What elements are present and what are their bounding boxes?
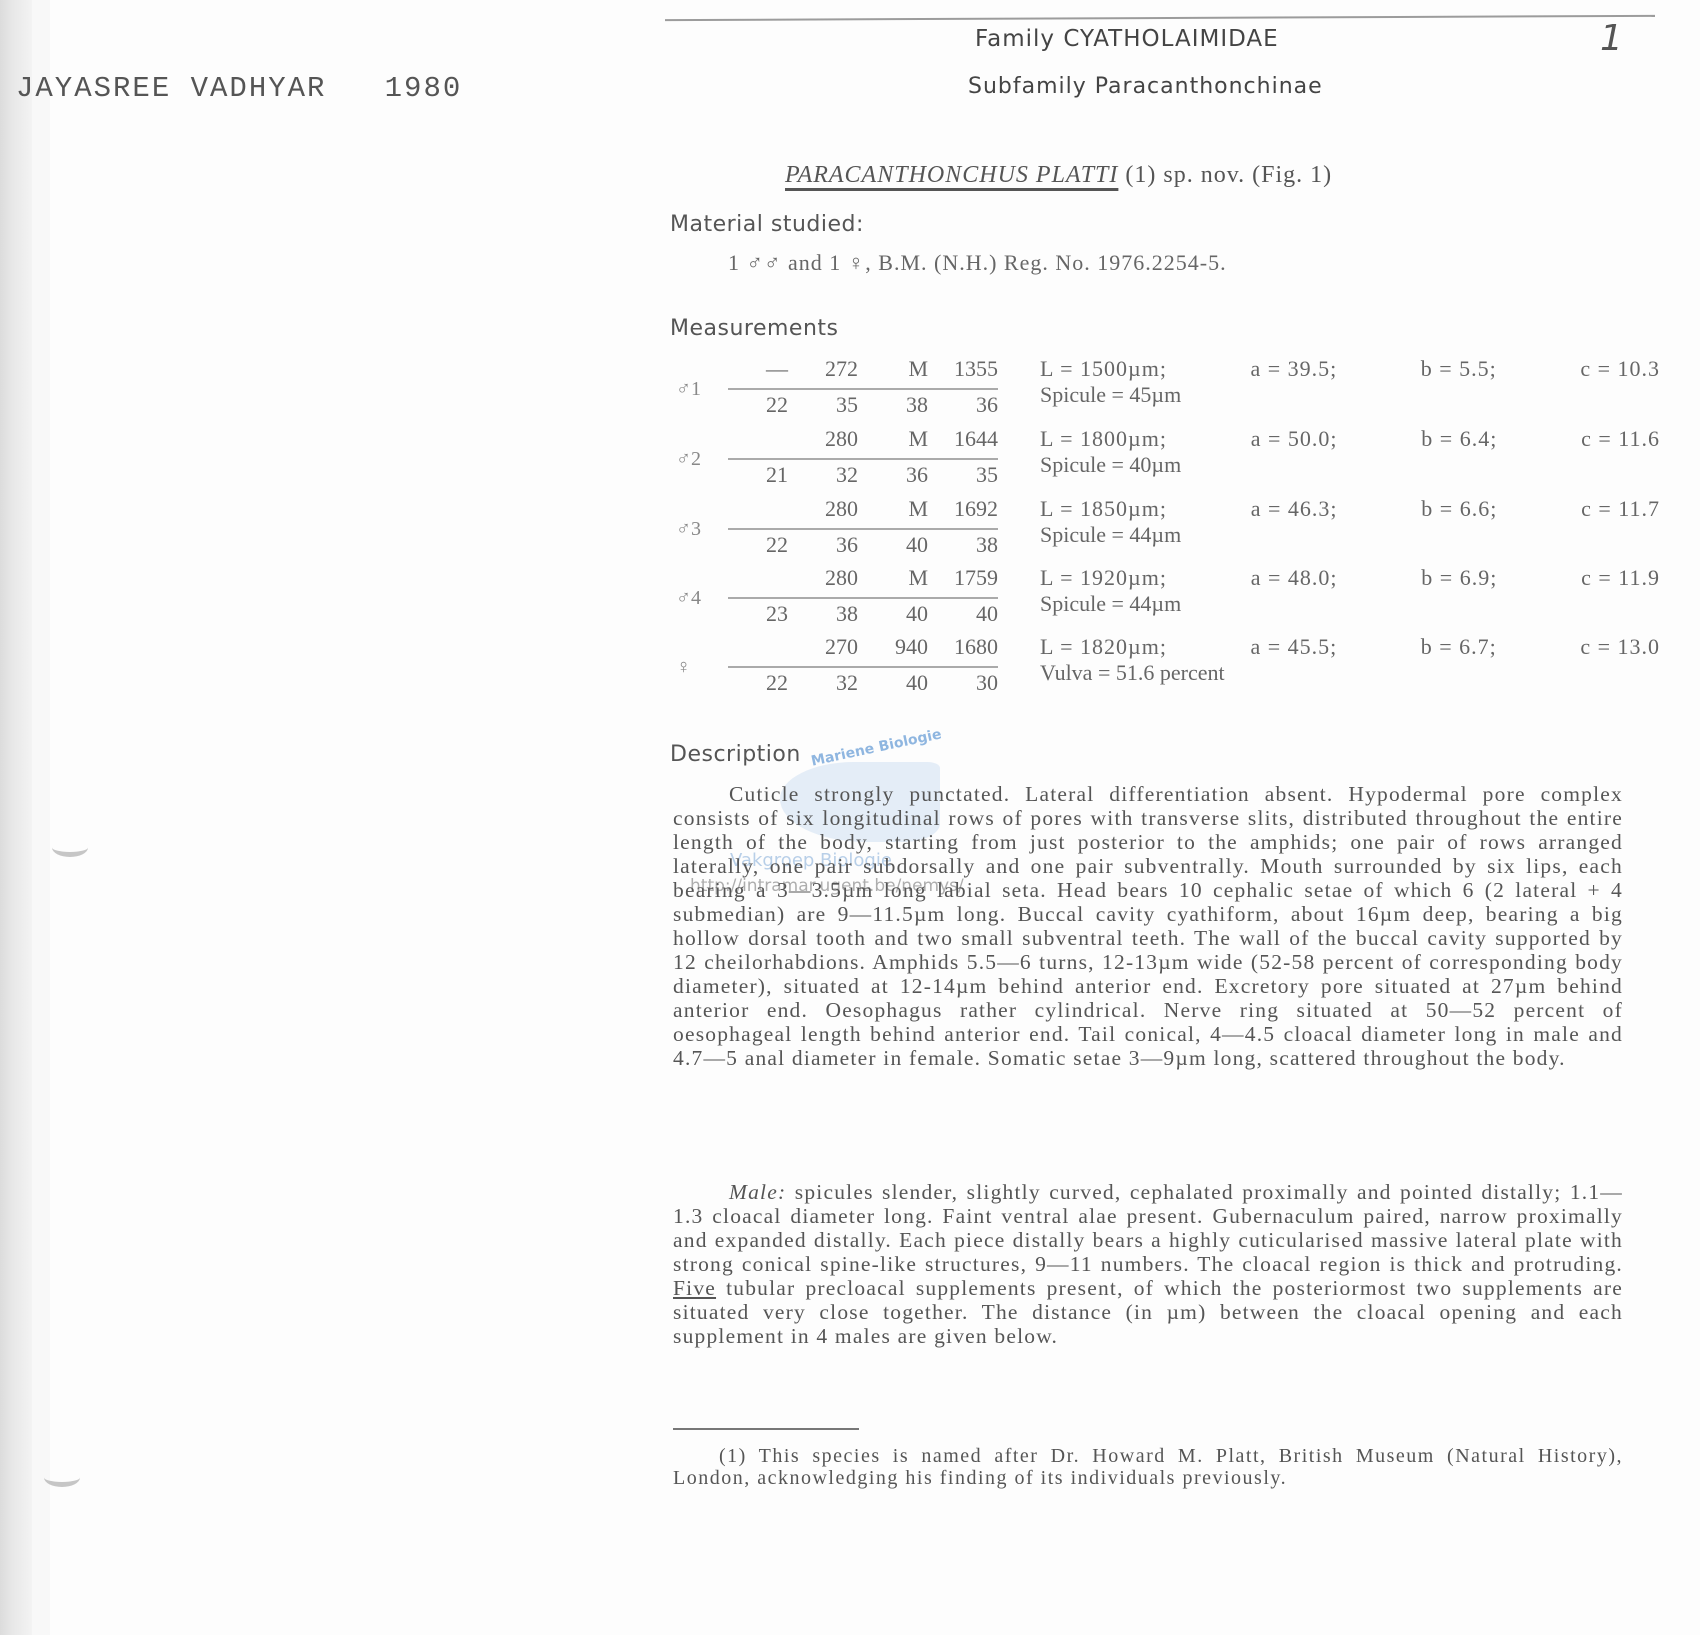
ratio-value: c = 13.0 <box>1580 634 1660 660</box>
ratio-value: a = 48.0; <box>1251 565 1338 591</box>
spicule-or-vulva: Spicule = 45µm <box>1040 382 1660 408</box>
formula-cell: 280 <box>798 496 858 522</box>
formula-cell: 38 <box>938 532 998 558</box>
ratios-block: L = 1500µm;a = 39.5;b = 5.5;c = 10.3Spic… <box>1040 356 1660 408</box>
formula-cell: 272 <box>798 356 858 382</box>
ratio-value: L = 1920µm; <box>1040 565 1167 591</box>
formula-cell: 35 <box>938 462 998 488</box>
de-man-formula: 280M1644 21323635 <box>728 426 998 492</box>
formula-denominator: 23384040 <box>728 601 998 631</box>
species-title: PARACANTHONCHUS PLATTI (1) sp. nov. (Fig… <box>785 162 1332 189</box>
formula-cell: 32 <box>798 462 858 488</box>
formula-cell: 32 <box>798 670 858 696</box>
measurement-row: ♂1 —272M1355 22353836 L = 1500µm;a = 39.… <box>670 356 1670 422</box>
male-text-a: spicules slender, slightly curved, cepha… <box>673 1180 1623 1276</box>
ratios-block: L = 1850µm;a = 46.3;b = 6.6;c = 11.7Spic… <box>1040 496 1660 548</box>
measurement-row: ♂3 280M1692 22364038 L = 1850µm;a = 46.3… <box>670 496 1670 562</box>
formula-bar <box>728 597 998 599</box>
species-name: PARACANTHONCHUS PLATTI <box>785 162 1118 188</box>
formula-numerator: 280M1759 <box>728 565 998 595</box>
ratios-line: L = 1850µm;a = 46.3;b = 6.6;c = 11.7 <box>1040 496 1660 522</box>
formula-denominator: 22324030 <box>728 670 998 700</box>
formula-cell: 40 <box>868 532 928 558</box>
formula-cell: 30 <box>938 670 998 696</box>
formula-numerator: 280M1644 <box>728 426 998 456</box>
specimen-symbol: ♀ <box>676 656 691 679</box>
footnote: (1) This species is named after Dr. Howa… <box>673 1445 1623 1489</box>
formula-numerator: 280M1692 <box>728 496 998 526</box>
description-heading: Description <box>670 742 801 767</box>
formula-cell: 38 <box>868 392 928 418</box>
formula-bar <box>728 388 998 390</box>
formula-cell: 22 <box>728 392 788 418</box>
formula-numerator: 2709401680 <box>728 634 998 664</box>
de-man-formula: 2709401680 22324030 <box>728 634 998 700</box>
formula-cell: 35 <box>798 392 858 418</box>
formula-cell: 280 <box>798 426 858 452</box>
formula-denominator: 21323635 <box>728 462 998 492</box>
material-heading: Material studied: <box>670 212 864 237</box>
formula-cell: M <box>868 356 928 382</box>
ratio-value: a = 39.5; <box>1250 356 1337 382</box>
formula-cell: 21 <box>728 462 788 488</box>
footnote-text: (1) This species is named after Dr. Howa… <box>673 1445 1623 1489</box>
formula-cell: 22 <box>728 670 788 696</box>
spicule-or-vulva: Spicule = 44µm <box>1040 522 1660 548</box>
formula-denominator: 22353836 <box>728 392 998 422</box>
formula-cell: 1644 <box>938 426 998 452</box>
formula-denominator: 22364038 <box>728 532 998 562</box>
ratio-value: b = 6.6; <box>1421 496 1497 522</box>
description-text: Cuticle strongly punctated. Lateral diff… <box>673 782 1623 1070</box>
formula-cell: M <box>868 426 928 452</box>
footnote-rule <box>673 1428 859 1430</box>
family-heading: Family CYATHOLAIMIDAE <box>975 26 1279 52</box>
ratio-value: b = 6.7; <box>1421 634 1497 660</box>
formula-cell: 40 <box>868 601 928 627</box>
description-paragraph: Cuticle strongly punctated. Lateral diff… <box>673 782 1623 1070</box>
de-man-formula: 280M1759 23384040 <box>728 565 998 631</box>
formula-cell: M <box>868 496 928 522</box>
spicule-or-vulva: Vulva = 51.6 percent <box>1040 660 1660 686</box>
formula-numerator: —272M1355 <box>728 356 998 386</box>
watermark-top-text: Mariene Biologie <box>810 726 943 769</box>
ratios-block: L = 1800µm;a = 50.0;b = 6.4;c = 11.6Spic… <box>1040 426 1660 478</box>
de-man-formula: —272M1355 22353836 <box>728 356 998 422</box>
formula-cell: 40 <box>938 601 998 627</box>
male-paragraph: Male: spicules slender, slightly curved,… <box>673 1180 1623 1348</box>
ratio-value: a = 50.0; <box>1251 426 1338 452</box>
formula-cell: M <box>868 565 928 591</box>
measurements-heading: Measurements <box>670 316 839 341</box>
formula-bar <box>728 528 998 530</box>
ratio-value: b = 6.9; <box>1421 565 1497 591</box>
specimen-symbol: ♂2 <box>676 448 701 471</box>
ratios-line: L = 1920µm;a = 48.0;b = 6.9;c = 11.9 <box>1040 565 1660 591</box>
de-man-formula: 280M1692 22364038 <box>728 496 998 562</box>
top-rule <box>665 15 1655 21</box>
formula-cell: 36 <box>798 532 858 558</box>
formula-cell: 1680 <box>938 634 998 660</box>
typed-author-year: JAYASREE VADHYAR 1980 <box>16 72 462 105</box>
ratio-value: b = 6.4; <box>1421 426 1497 452</box>
ratios-block: L = 1920µm;a = 48.0;b = 6.9;c = 11.9Spic… <box>1040 565 1660 617</box>
subfamily-heading: Subfamily Paracanthonchinae <box>968 74 1323 99</box>
page-marker: 1 <box>1600 18 1623 59</box>
ratio-value: c = 11.6 <box>1581 426 1660 452</box>
formula-cell: 1692 <box>938 496 998 522</box>
ratio-value: a = 46.3; <box>1251 496 1338 522</box>
ratios-line: L = 1800µm;a = 50.0;b = 6.4;c = 11.6 <box>1040 426 1660 452</box>
ratio-value: c = 11.7 <box>1581 496 1660 522</box>
male-text-b: tubular precloacal supplements present, … <box>673 1276 1623 1348</box>
ratios-block: L = 1820µm;a = 45.5;b = 6.7;c = 13.0Vulv… <box>1040 634 1660 686</box>
male-label: Male: <box>729 1180 786 1204</box>
ratio-value: b = 5.5; <box>1421 356 1497 382</box>
spicule-or-vulva: Spicule = 44µm <box>1040 591 1660 617</box>
formula-bar <box>728 666 998 668</box>
formula-cell: 36 <box>938 392 998 418</box>
material-text: 1 ♂♂ and 1 ♀, B.M. (N.H.) Reg. No. 1976.… <box>728 250 1227 276</box>
ratio-value: L = 1850µm; <box>1040 496 1167 522</box>
formula-cell: 1355 <box>938 356 998 382</box>
ratio-value: c = 11.9 <box>1581 565 1660 591</box>
measurement-row: ♂4 280M1759 23384040 L = 1920µm;a = 48.0… <box>670 565 1670 631</box>
ratio-value: L = 1800µm; <box>1040 426 1167 452</box>
ratio-value: a = 45.5; <box>1250 634 1337 660</box>
formula-cell: 1759 <box>938 565 998 591</box>
formula-cell: 23 <box>728 601 788 627</box>
binder-hole-bottom <box>44 1468 80 1487</box>
measurement-row: ♀ 2709401680 22324030 L = 1820µm;a = 45.… <box>670 634 1670 700</box>
binder-hole-top <box>52 838 88 857</box>
formula-cell: 22 <box>728 532 788 558</box>
specimen-symbol: ♂3 <box>676 518 701 541</box>
formula-cell: 280 <box>798 565 858 591</box>
formula-cell: 36 <box>868 462 928 488</box>
formula-cell: 270 <box>798 634 858 660</box>
male-text-emph: Five <box>673 1276 716 1300</box>
ratio-value: L = 1500µm; <box>1040 356 1167 382</box>
ratios-line: L = 1500µm;a = 39.5;b = 5.5;c = 10.3 <box>1040 356 1660 382</box>
formula-cell: 38 <box>798 601 858 627</box>
measurement-row: ♂2 280M1644 21323635 L = 1800µm;a = 50.0… <box>670 426 1670 492</box>
ratios-line: L = 1820µm;a = 45.5;b = 6.7;c = 13.0 <box>1040 634 1660 660</box>
formula-cell: 940 <box>868 634 928 660</box>
formula-cell: — <box>728 356 788 382</box>
ratio-value: L = 1820µm; <box>1040 634 1167 660</box>
spicule-or-vulva: Spicule = 40µm <box>1040 452 1660 478</box>
formula-cell: 40 <box>868 670 928 696</box>
ratio-value: c = 10.3 <box>1580 356 1660 382</box>
binder-margin-light <box>32 0 50 1635</box>
binder-margin <box>0 0 32 1635</box>
specimen-symbol: ♂4 <box>676 587 701 610</box>
species-suffix: (1) sp. nov. (Fig. 1) <box>1125 162 1332 188</box>
specimen-symbol: ♂1 <box>676 378 701 401</box>
formula-bar <box>728 458 998 460</box>
